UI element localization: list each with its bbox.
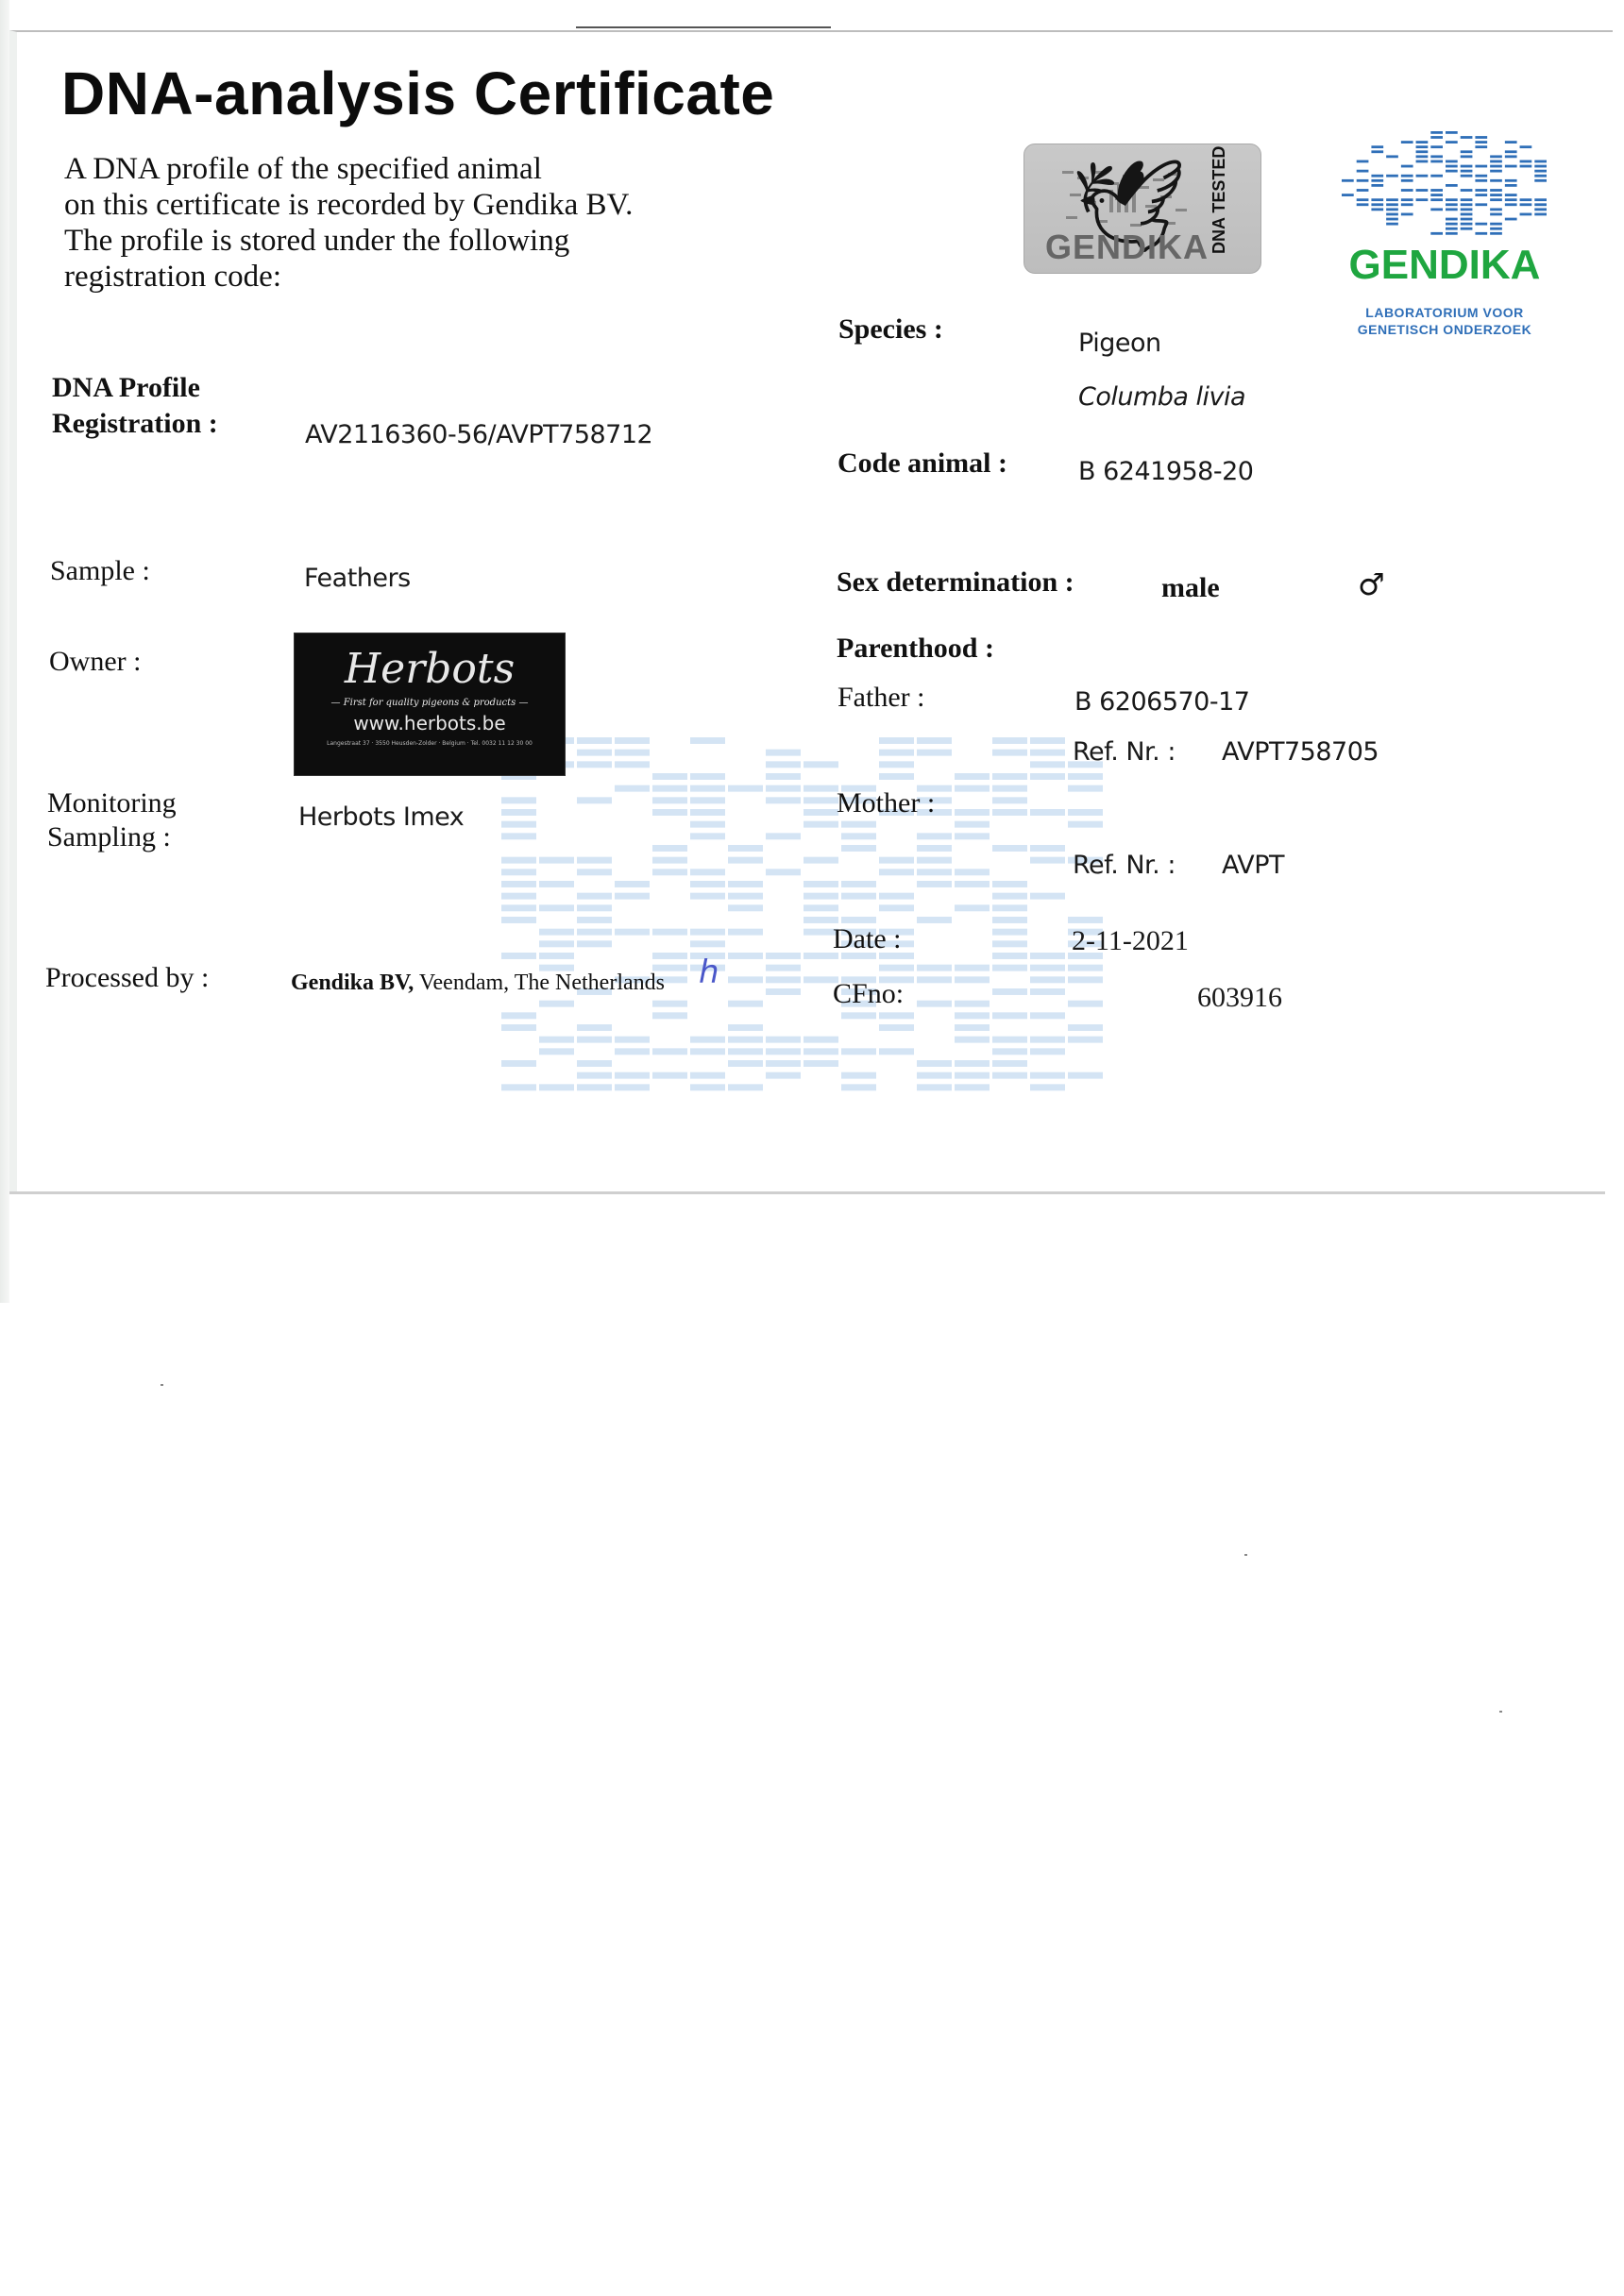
mother-label: Mother : bbox=[837, 787, 935, 819]
owner-logo-card: Herbots — First for quality pigeons & pr… bbox=[294, 633, 566, 776]
registration-label-line1: DNA Profile bbox=[52, 372, 200, 404]
code-animal-value: B 6241958-20 bbox=[1078, 457, 1253, 486]
certificate-bottom-edge bbox=[9, 1191, 1605, 1194]
code-animal-label: Code animal : bbox=[837, 447, 1007, 480]
father-ref-value: AVPT758705 bbox=[1222, 737, 1379, 767]
sex-value: male bbox=[1161, 572, 1220, 604]
dna-tested-badge: 🕊︎ GENDIKA DNA TESTED bbox=[1023, 143, 1261, 274]
badge-brand: GENDIKA bbox=[1045, 228, 1209, 267]
scan-edge bbox=[0, 0, 9, 1303]
owner-address: Langestraat 37 · 3550 Heusden-Zolder · B… bbox=[295, 740, 565, 747]
male-symbol-icon: ♂ bbox=[1358, 566, 1385, 602]
scan-speck bbox=[161, 1384, 163, 1386]
monitoring-value: Herbots Imex bbox=[298, 802, 464, 832]
date-value: 2-11-2021 bbox=[1072, 925, 1189, 957]
intro-line: registration code: bbox=[64, 259, 744, 295]
date-label: Date : bbox=[833, 923, 901, 955]
sex-label: Sex determination : bbox=[837, 566, 1074, 599]
cfno-value: 603916 bbox=[1197, 982, 1282, 1014]
scan-mark bbox=[576, 26, 831, 28]
gendika-logo: GENDIKA LABORATORIUM VOOR GENETISCH ONDE… bbox=[1341, 123, 1548, 349]
logo-name: GENDIKA bbox=[1341, 242, 1548, 289]
sample-label: Sample : bbox=[50, 555, 150, 587]
father-value: B 6206570-17 bbox=[1074, 687, 1249, 717]
owner-website: www.herbots.be bbox=[295, 712, 565, 734]
mother-ref-value: AVPT bbox=[1222, 851, 1284, 880]
intro-text: A DNA profile of the specified animal on… bbox=[64, 151, 744, 295]
intro-line: A DNA profile of the specified animal bbox=[64, 151, 744, 187]
species-latin: Columba livia bbox=[1078, 382, 1245, 412]
monitoring-label-line2: Sampling : bbox=[47, 821, 171, 853]
processed-by-value: Gendika BV, Veendam, The Netherlands bbox=[291, 971, 665, 996]
owner-label: Owner : bbox=[49, 646, 141, 678]
registration-value: AV2116360-56/AVPT758712 bbox=[305, 420, 652, 449]
father-ref-label: Ref. Nr. : bbox=[1073, 737, 1176, 767]
cfno-label: CFno: bbox=[833, 978, 904, 1010]
scan-speck bbox=[1499, 1711, 1502, 1713]
mother-ref-label: Ref. Nr. : bbox=[1073, 851, 1176, 880]
certificate-title: DNA-analysis Certificate bbox=[61, 59, 774, 128]
monitoring-label-line1: Monitoring bbox=[47, 787, 177, 819]
processed-by-label: Processed by : bbox=[45, 962, 209, 994]
intro-line: The profile is stored under the followin… bbox=[64, 223, 744, 259]
dna-watermark-icon bbox=[500, 736, 1105, 1095]
owner-tagline: — First for quality pigeons & products — bbox=[295, 698, 565, 708]
handwritten-initial: h bbox=[699, 954, 719, 991]
registration-label-line2: Registration : bbox=[52, 408, 218, 440]
father-label: Father : bbox=[837, 682, 924, 714]
owner-name: Herbots bbox=[295, 647, 565, 692]
dna-grid-logo-icon bbox=[1341, 130, 1548, 236]
badge-vertical-text: DNA TESTED bbox=[1210, 146, 1229, 254]
scan-speck bbox=[1244, 1554, 1247, 1556]
species-label: Species : bbox=[838, 313, 943, 346]
species-common: Pigeon bbox=[1078, 329, 1161, 358]
sample-value: Feathers bbox=[304, 564, 411, 593]
logo-subtitle: LABORATORIUM VOOR GENETISCH ONDERZOEK bbox=[1341, 304, 1548, 338]
intro-line: on this certificate is recorded by Gendi… bbox=[64, 187, 744, 223]
parenthood-label: Parenthood : bbox=[837, 633, 994, 665]
